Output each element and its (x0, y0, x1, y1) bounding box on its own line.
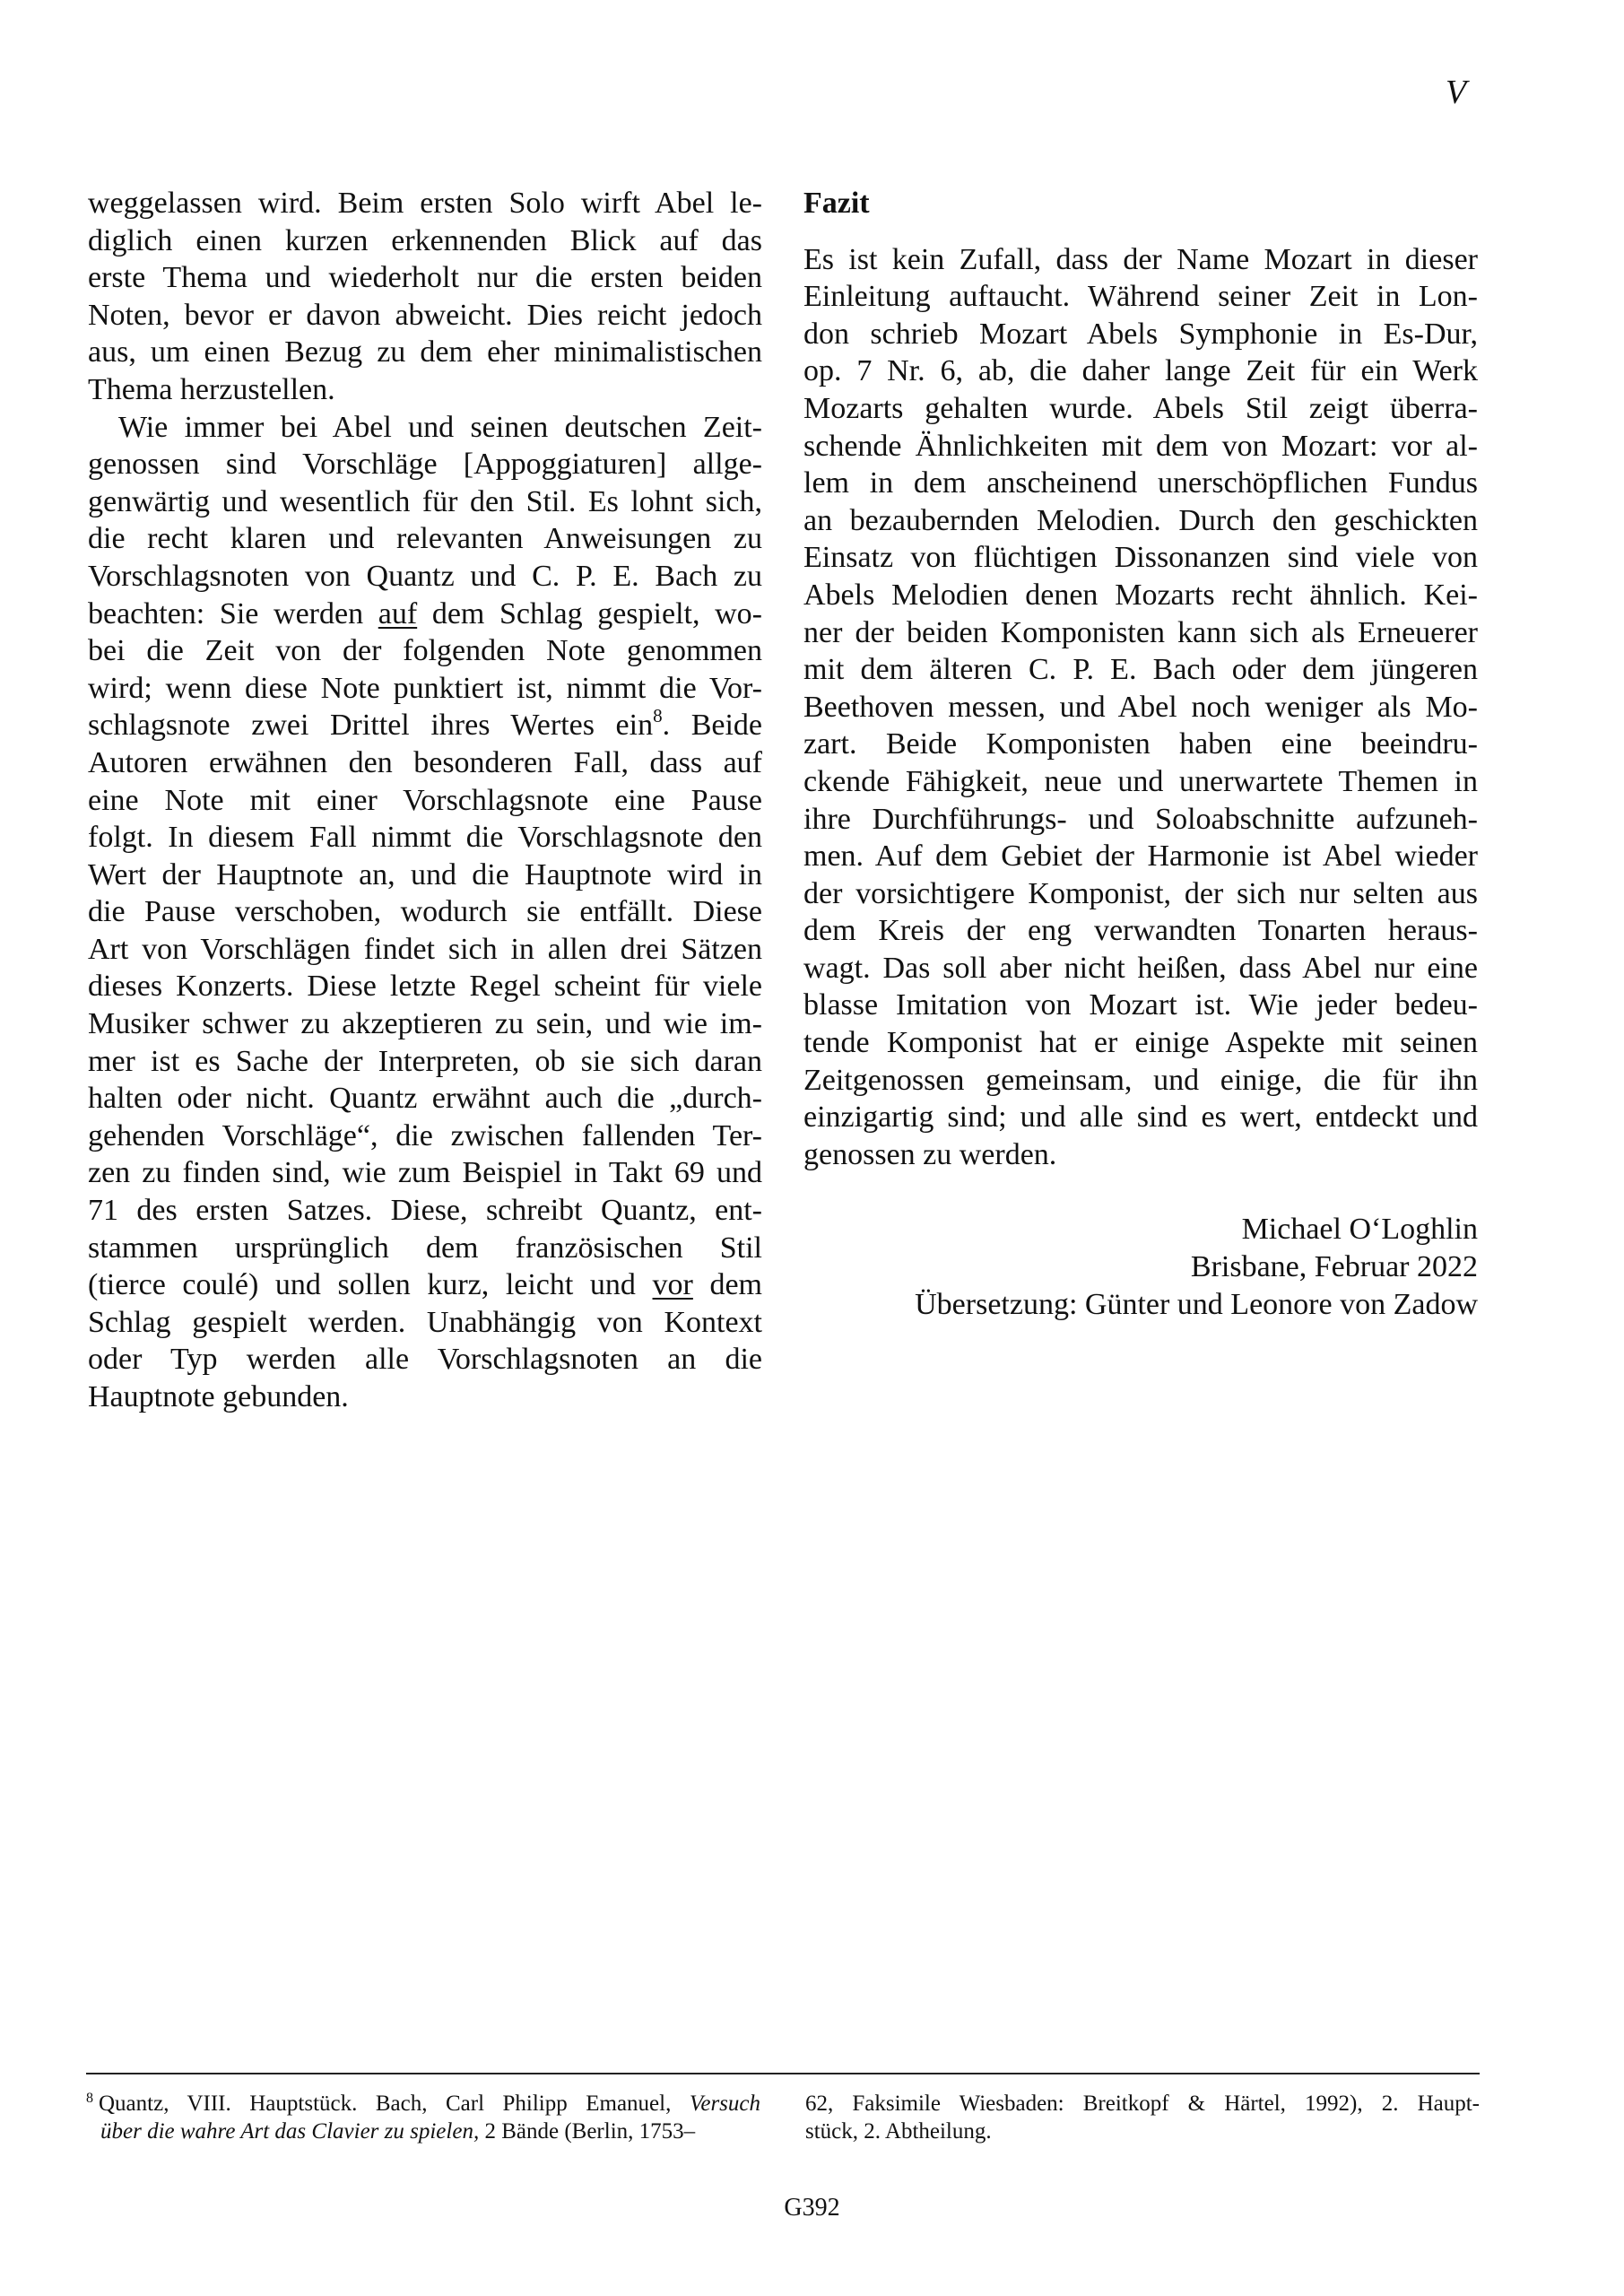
text-run: . Beide (663, 709, 762, 742)
text-line: Abels Melodien denen Mozarts recht ähnli… (803, 577, 1478, 614)
text-line: zen zu finden sind, wie zum Beispiel in … (88, 1154, 762, 1192)
text-line: schende Ähnlichkeiten mit dem von Mozart… (803, 428, 1478, 465)
text-line: erste Thema und wiederholt nur die erste… (88, 259, 762, 297)
book-title-italic: über die wahre Art das Clavier zu spiele… (100, 2119, 479, 2144)
footnote-line: 62, Faksimile Wiesbaden: Breitkopf & Här… (805, 2090, 1480, 2118)
footnote-divider (86, 2073, 1480, 2074)
footnote-line: 8Quantz, VIII. Hauptstück. Bach, Carl Ph… (86, 2090, 760, 2118)
text-line: folgt. In diesem Fall nimmt die Vorschla… (88, 819, 762, 857)
text-line: Zeitgenossen gemeinsam, und einige, die … (803, 1062, 1478, 1100)
footnotes: 8Quantz, VIII. Hauptstück. Bach, Carl Ph… (86, 2090, 1480, 2145)
text-line: Vorschlagsnoten von Quantz und C. P. E. … (88, 558, 762, 596)
signature-block: Michael O‘Loghlin Brisbane, Februar 2022… (803, 1211, 1478, 1323)
text-line: stammen ursprünglich dem französischen S… (88, 1230, 762, 1267)
text-line: zart. Beide Komponisten haben eine beein… (803, 726, 1478, 763)
text-line: an bezaubernden Melodien. Durch den gesc… (803, 502, 1478, 540)
text-line: mer ist es Sache der Interpreten, ob sie… (88, 1043, 762, 1081)
paragraph-solo-intro: weggelassen wird. Beim ersten Solo wirft… (88, 185, 762, 409)
text-line: mit dem älteren C. P. E. Bach oder dem j… (803, 651, 1478, 689)
text-line: Schlag gespielt werden. Unabhängig von K… (88, 1304, 762, 1342)
text-line: die Pause verschoben, wodurch sie entfäl… (88, 893, 762, 931)
text-line: eine Note mit einer Vorschlagsnote eine … (88, 782, 762, 820)
text-line: Thema herzustellen. (88, 371, 762, 409)
book-title-italic: Versuch (690, 2092, 760, 2116)
author-name: Michael O‘Loghlin (803, 1211, 1478, 1248)
text-line: Hauptnote gebunden. (88, 1378, 762, 1416)
paragraph-appoggiaturas: Wie immer bei Abel und seinen deutschen … (88, 409, 762, 1416)
text-run: (tierce coulé) und sollen kurz, leicht u… (88, 1268, 653, 1301)
text-line: diglich einen kurzen erkennenden Blick a… (88, 222, 762, 260)
paragraph-conclusion: Es ist kein Zufall, dass der Name Mozart… (803, 241, 1478, 1174)
text-run: Quantz, VIII. Hauptstück. Bach, Carl Phi… (99, 2092, 690, 2116)
footnote-reference[interactable]: 8 (653, 705, 663, 726)
text-run: schlagsnote zwei Drittel ihres Wertes ei… (88, 709, 653, 742)
text-line: lem in dem anscheinend unerschöpflichen … (803, 465, 1478, 502)
text-line: dem Kreis der eng verwandten Tonarten he… (803, 912, 1478, 950)
text-line: men. Auf dem Gebiet der Harmonie ist Abe… (803, 838, 1478, 875)
text-run: 2 Bände (Berlin, 1753– (479, 2119, 695, 2144)
footnote-number: 8 (86, 2091, 93, 2106)
text-line: Es ist kein Zufall, dass der Name Mozart… (803, 241, 1478, 279)
text-line: genwärtig und wesentlich für den Stil. E… (88, 483, 762, 521)
underlined-emphasis: auf (378, 597, 417, 631)
footnote-8-part-1: 8Quantz, VIII. Hauptstück. Bach, Carl Ph… (86, 2090, 760, 2145)
running-head: V (1446, 75, 1466, 109)
text-line: dieses Konzerts. Diese letzte Regel sche… (88, 968, 762, 1005)
text-line: gehenden Vorschläge“, die zwischen falle… (88, 1118, 762, 1155)
text-line: weggelassen wird. Beim ersten Solo wirft… (88, 185, 762, 222)
text-line: Beethoven messen, und Abel noch weniger … (803, 689, 1478, 726)
text-line: beachten: Sie werden auf dem Schlag gesp… (88, 596, 762, 633)
text-line: aus, um einen Bezug zu dem eher minimali… (88, 334, 762, 371)
text-line: wagt. Das soll aber nicht heißen, dass A… (803, 950, 1478, 987)
text-run: beachten: Sie werden (88, 597, 378, 631)
text-line: don schrieb Mozart Abels Symphonie in Es… (803, 316, 1478, 353)
text-line: (tierce coulé) und sollen kurz, leicht u… (88, 1266, 762, 1304)
text-line: Art von Vorschlägen findet sich in allen… (88, 931, 762, 969)
text-run: dem Schlag gespielt, wo- (417, 597, 762, 631)
footnote-line: stück, 2. Abtheilung. (805, 2118, 1480, 2145)
text-line: die recht klaren und relevanten Anweisun… (88, 520, 762, 558)
text-line: genossen sind Vorschläge [Appoggiaturen]… (88, 446, 762, 483)
text-line: Einsatz von flüchtigen Dissonanzen sind … (803, 539, 1478, 577)
text-line: tende Komponist hat er einige Aspekte mi… (803, 1024, 1478, 1062)
text-line: wird; wenn diese Note punktiert ist, nim… (88, 670, 762, 708)
text-line: ihre Durchführungs- und Soloabschnitte a… (803, 801, 1478, 839)
text-line: oder Typ werden alle Vorschlagsnoten an … (88, 1341, 762, 1378)
text-line: op. 7 Nr. 6, ab, die daher lange Zeit fü… (803, 352, 1478, 390)
text-line: bei die Zeit von der folgenden Note geno… (88, 632, 762, 670)
text-line: halten oder nicht. Quantz erwähnt auch d… (88, 1080, 762, 1118)
text-line: genossen zu werden. (803, 1136, 1478, 1174)
footnote-8-part-2: 62, Faksimile Wiesbaden: Breitkopf & Här… (805, 2090, 1480, 2145)
text-line: der vorsichtigere Komponist, der sich nu… (803, 875, 1478, 913)
text-line: Wert der Hauptnote an, und die Hauptnote… (88, 857, 762, 894)
text-line: 71 des ersten Satzes. Diese, schreibt Qu… (88, 1192, 762, 1230)
section-heading-fazit: Fazit (803, 185, 1478, 222)
text-line: Einleitung auftaucht. Während seiner Zei… (803, 278, 1478, 316)
right-column: Fazit Es ist kein Zufall, dass der Name … (803, 185, 1478, 1323)
text-line: Wie immer bei Abel und seinen deutschen … (88, 409, 762, 447)
text-line: ner der beiden Komponisten kann sich als… (803, 614, 1478, 652)
text-line: einzigartig sind; und alle sind es wert,… (803, 1099, 1478, 1136)
place-date: Brisbane, Februar 2022 (803, 1248, 1478, 1286)
text-line: Noten, bevor er davon abweicht. Dies rei… (88, 297, 762, 335)
text-line: schlagsnote zwei Drittel ihres Wertes ei… (88, 707, 762, 744)
footnote-line: über die wahre Art das Clavier zu spiele… (86, 2118, 760, 2145)
text-line: Mozarts gehalten wurde. Abels Stil zeigt… (803, 390, 1478, 428)
translation-credit: Übersetzung: Günter und Leonore von Zado… (803, 1286, 1478, 1324)
text-line: Autoren erwähnen den besonderen Fall, da… (88, 744, 762, 782)
text-line: blasse Imitation von Mozart ist. Wie jed… (803, 987, 1478, 1024)
page-number: G392 (0, 2196, 1624, 2221)
text-run: dem (693, 1268, 762, 1301)
text-line: ckende Fähigkeit, neue und unerwartete T… (803, 763, 1478, 801)
text-line: Musiker schwer zu akzeptieren zu sein, u… (88, 1005, 762, 1043)
left-column: weggelassen wird. Beim ersten Solo wirft… (88, 185, 762, 1416)
underlined-emphasis: vor (653, 1268, 693, 1301)
